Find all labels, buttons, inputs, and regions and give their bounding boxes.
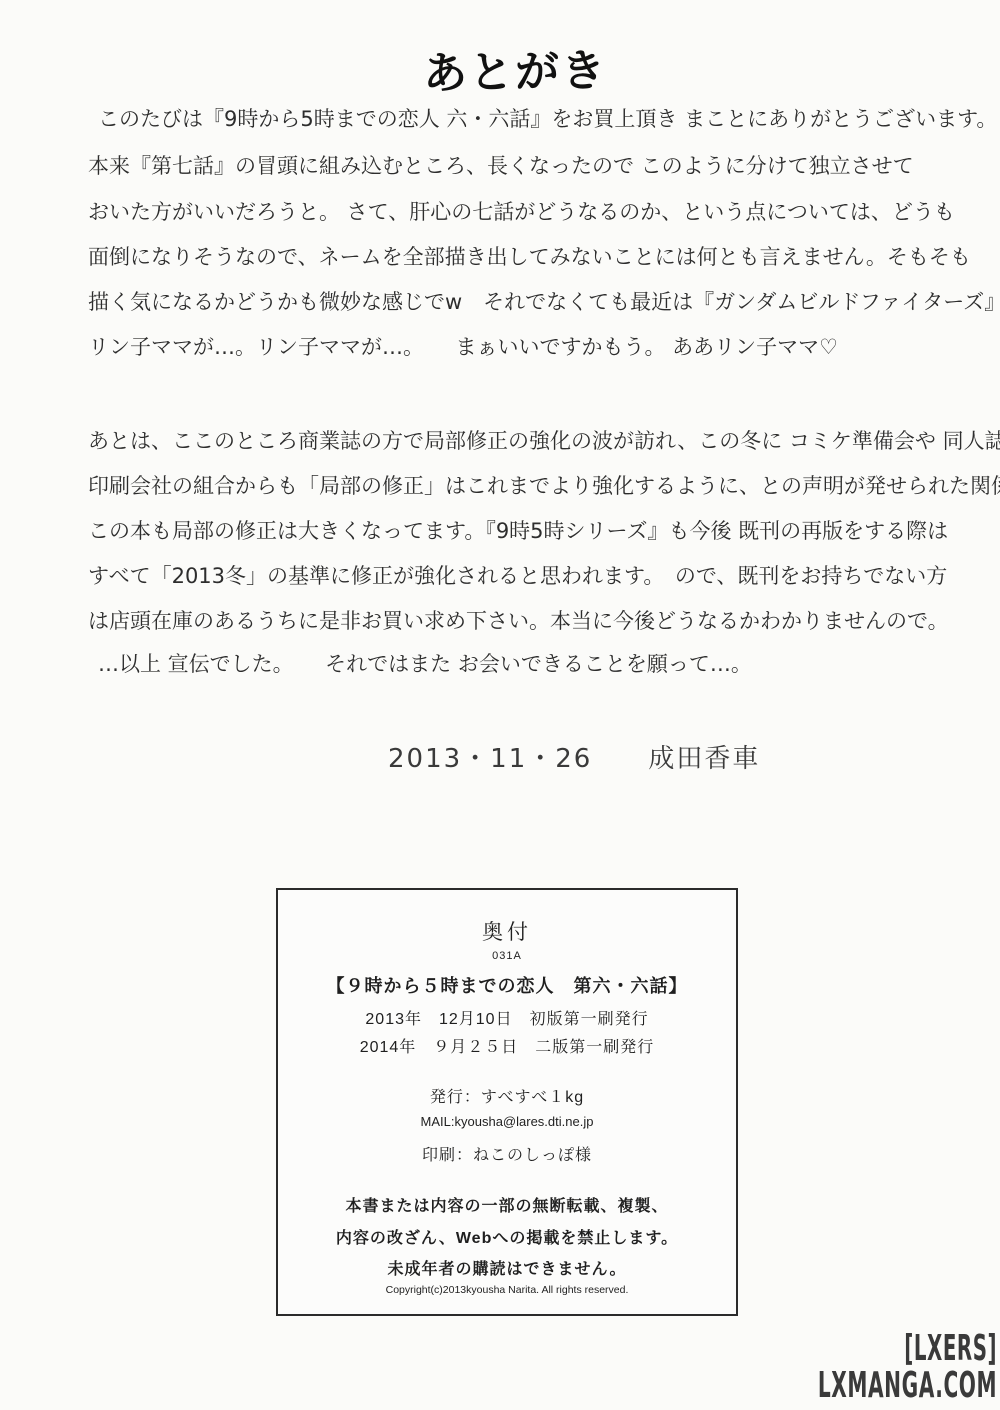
afterword-line: リン子ママが…。リン子ママが…。 まぁいいですかもう。 ああリン子ママ♡ [88,331,838,361]
afterword-line: 印刷会社の組合からも「局部の修正」はこれまでより強化するように、との声明が発せら… [88,470,1000,500]
afterword-line: 描く気になるかどうかも微妙な感じでw それでなくても最近は『ガンダムビルドファイ… [88,286,1000,316]
afterword-line: …以上 宣伝でした。 それではまた お会いできることを願って…。 [98,648,752,678]
watermark-tag: [LXERS] [821,1331,997,1367]
scanned-afterword-page: あとがき このたびは『9時から5時までの恋人 六・六話』をお買上頂き まことにあ… [0,0,1000,1410]
afterword-line: この本も局部の修正は大きくなってます。『9時5時シリーズ』も今後 既刊の再版をす… [88,515,948,545]
colophon-printer: 印刷：ねこのしっぽ様 [278,1142,736,1165]
colophon-copyright: Copyright(c)2013kyousha Narita. All righ… [278,1284,736,1296]
colophon-first-printing: 2013年 12月10日 初版第一刷発行 [278,1006,736,1029]
site-watermark: [LXERS] LXMANGA.COM [677,1331,997,1404]
colophon-notice-line: 内容の改ざん、Webへの掲載を禁止します。 [278,1225,736,1248]
date-signature: 2013・11・26 成田香車 [388,738,760,775]
colophon-notice-line: 未成年者の購読はできません。 [278,1256,736,1279]
colophon-publisher: 発行：すべすべ１kg [278,1084,736,1107]
colophon-second-printing: 2014年 ９月２５日 二版第一刷発行 [278,1034,736,1057]
afterword-line: このたびは『9時から5時までの恋人 六・六話』をお買上頂き まことにありがとうご… [98,103,997,133]
colophon-box: 奥付 031A 【９時から５時までの恋人 第六・六話】 2013年 12月10日… [276,888,738,1316]
watermark-domain: LXMANGA.COM [818,1368,997,1404]
afterword-line: 面倒になりそうなので、ネームを全部描き出してみないことには何とも言えません。そも… [88,241,971,271]
afterword-line: あとは、ここのところ商業誌の方で局部修正の強化の波が訪れ、この冬に コミケ準備会… [88,425,1000,455]
colophon-book-title: 【９時から５時までの恋人 第六・六話】 [278,972,736,998]
afterword-title: あとがき [15,27,1000,108]
colophon-code: 031A [278,950,736,962]
colophon-notice-line: 本書または内容の一部の無断転載、複製、 [278,1193,736,1216]
afterword-line: すべて「2013冬」の基準に修正が強化されると思われます。 ので、既刊をお持ちで… [88,560,947,590]
colophon-mail: MAIL:kyousha@lares.dti.ne.jp [278,1114,736,1129]
afterword-line: 本来『第七話』の冒頭に組み込むところ、長くなったので このように分けて独立させて [88,150,914,180]
colophon-heading: 奥付 [278,916,736,946]
afterword-line: おいた方がいいだろうと。 さて、肝心の七話がどうなるのか、という点については、ど… [88,196,955,226]
afterword-line: は店頭在庫のあるうちに是非お買い求め下さい。本当に今後どうなるかわかりませんので… [88,605,949,635]
